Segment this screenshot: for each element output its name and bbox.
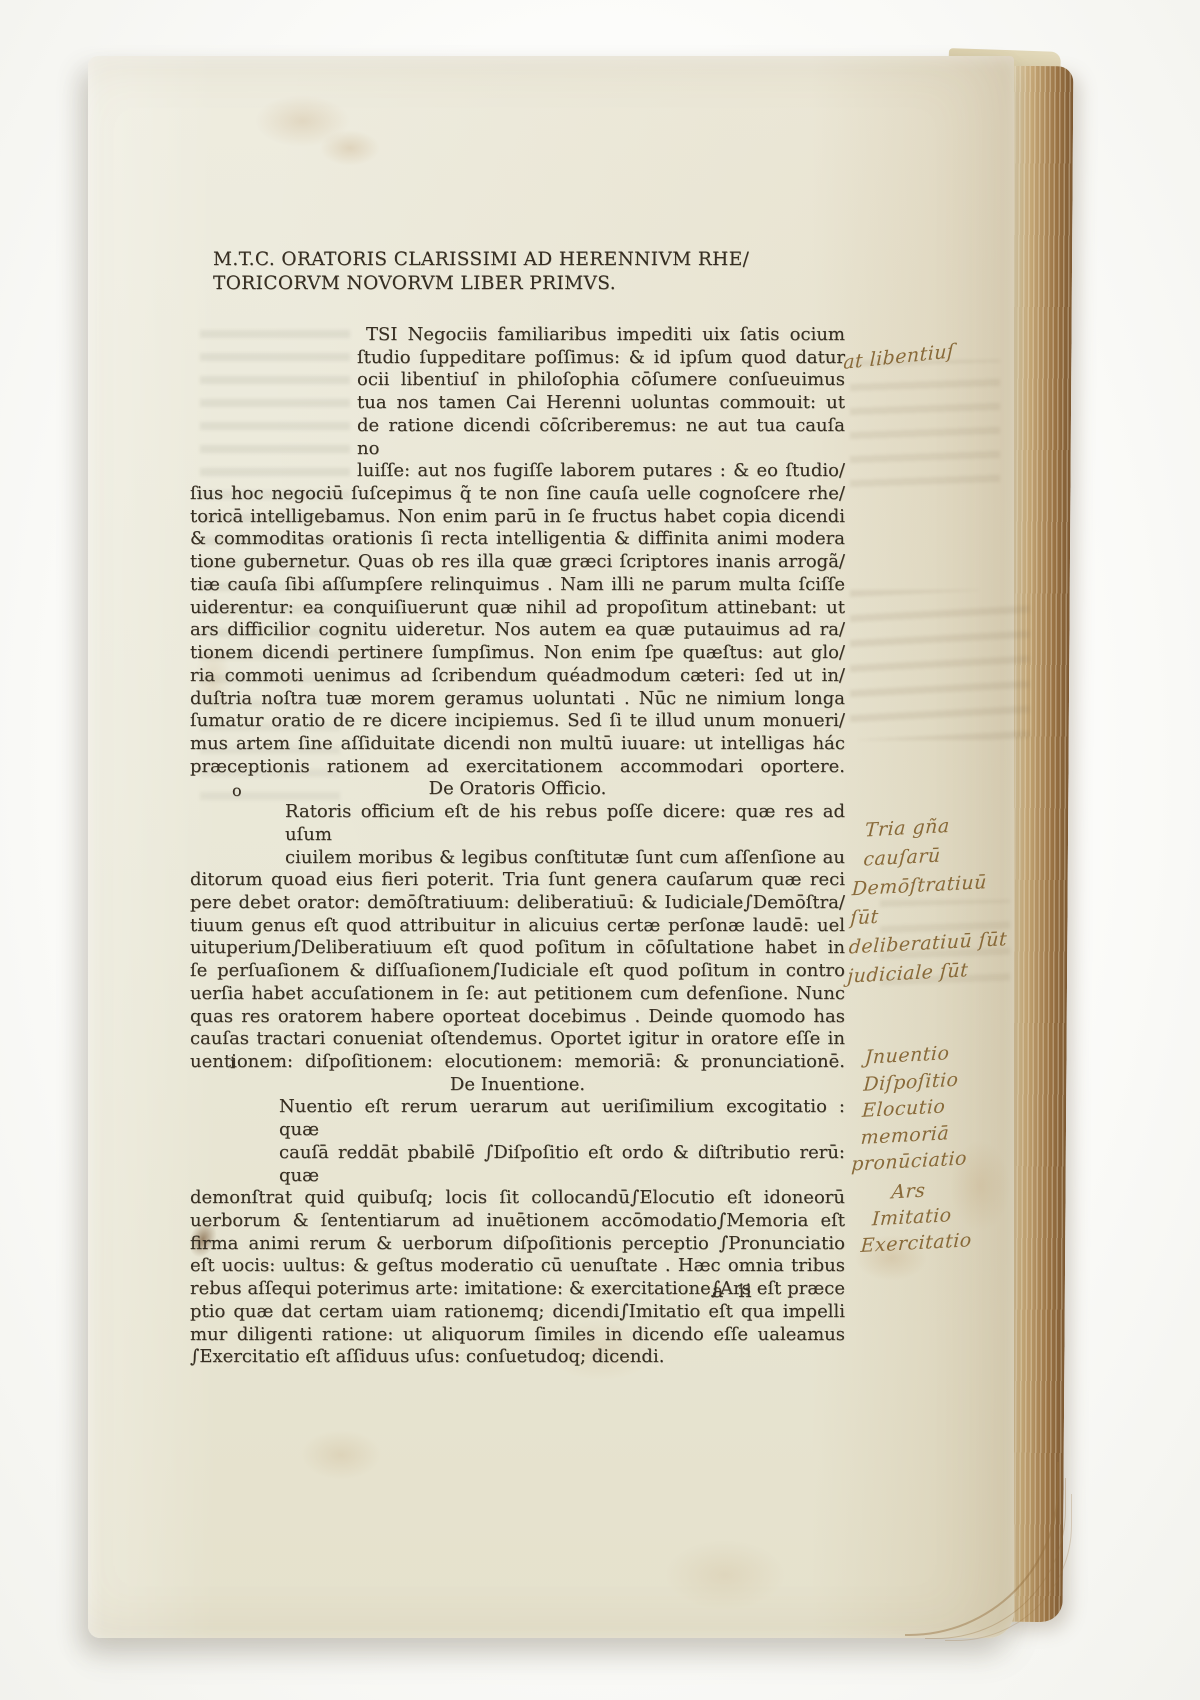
text-line: mus artem ſine aſſiduitate dicendi non m…	[190, 733, 845, 756]
text-line: pere debet orator: demōſtratiuum: delibe…	[190, 892, 845, 915]
text-line: ∫Exercitatio eſt aſſiduus uſus: conſuetu…	[190, 1346, 845, 1369]
photo-backdrop: M.T.C. ORATORIS CLARISSIMI AD HERENNIVM …	[0, 0, 1200, 1700]
text-line: uituperium∫Deliberatiuum eſt quod poſitu…	[190, 937, 845, 960]
paragraph-officio: ditorum quoad eius fieri poterit. Tria ſ…	[190, 869, 845, 1073]
margin-note-tria-genera: Tria gña cauſarūDemōſtratiuū ſūtdelibera…	[847, 808, 1019, 991]
margin-note-ars-imitatio-exercitatio: ArsImitatioExercitatio	[860, 1175, 975, 1259]
text-line: cauſā reddāt pbabilē ∫Diſpoſitio eſt ord…	[279, 1142, 845, 1187]
margin-note-line: pronūciatio	[851, 1145, 968, 1178]
text-line: tua nos tamen Cai Herenni uoluntas commo…	[357, 392, 845, 415]
text-line: demonſtrat quid quibuſq; locis ſit collo…	[190, 1187, 845, 1210]
text-line: quas res oratorem habere oporteat docebi…	[190, 1006, 845, 1029]
stain	[255, 95, 350, 147]
text-line: toricā intelligebamus. Non enim parū in …	[190, 506, 845, 529]
page-edge-curve	[945, 1494, 1072, 1641]
text-line: tiuum genus eſt quod attribuitur in alic…	[190, 915, 845, 938]
text-line: Ratoris officium eſt de his rebus poſſe …	[285, 801, 845, 846]
text-line: tionem dicendi pertinere ſumpſimus. Non …	[190, 642, 845, 665]
title-line-2: TORICORVM NOVORVM LIBER PRIMVS.	[213, 272, 813, 296]
stain	[300, 1430, 382, 1480]
text-line: ocii libentiuſ in philoſophia cōſumere c…	[357, 369, 845, 392]
guide-letter-o: o	[232, 780, 242, 803]
text-line: tione gubernetur. Quas ob res illa quæ g…	[190, 551, 845, 574]
paragraph-inuentione-indented: Nuentio eſt rerum uerarum aut ueriſimili…	[190, 1096, 845, 1187]
body-text: TSI Negociis familiaribus impediti uix ſ…	[190, 324, 845, 1369]
text-line: TSI Negociis familiaribus impediti uix ſ…	[366, 324, 845, 347]
text-line: tiæ cauſa ſibi aſſumpſere relinquimus . …	[190, 574, 845, 597]
showthrough-right-1	[850, 360, 1000, 490]
text-line: luiſſe: aut nos fugiſſe laborem putares …	[357, 460, 845, 483]
text-line: præceptionis rationem ad exercitationem …	[190, 756, 845, 779]
stain	[320, 130, 380, 166]
text-line: ciuilem moribus & legibus conſtitutæ ſun…	[285, 847, 845, 870]
margin-note-libentius: at libentiuſ	[843, 340, 955, 374]
margin-note-line: Demōſtratiuū ſūt	[850, 867, 1016, 934]
text-line: ria commoti uenimus ad ſcribendum quéadm…	[190, 665, 845, 688]
text-line: duſtria noſtra tuæ morem geramus uolunta…	[190, 688, 845, 711]
text-line: ſe perſuaſionem & diſſuaſionem∫Iudiciale…	[190, 960, 845, 983]
text-line: ſius hoc negociū ſuſcepimus q̃ te non ſi…	[190, 483, 845, 506]
paragraph-inuentione: demonſtrat quid quibuſq; locis ſit collo…	[190, 1187, 845, 1369]
text-line: ſtudio ſuppeditare poſſimus: & id ipſum …	[357, 347, 845, 370]
text-line: cauſas tractari conueniat oſtendemus. Op…	[190, 1028, 845, 1051]
section-heading-de-inuentione: De Inuentione.	[190, 1074, 845, 1097]
page-title: M.T.C. ORATORIS CLARISSIMI AD HERENNIVM …	[213, 248, 813, 296]
text-line: ars difficilior cognitu uideretur. Nos a…	[190, 619, 845, 642]
stain	[665, 1540, 785, 1610]
quire-signature: a ii	[712, 1280, 753, 1302]
text-line: uiderentur: ea conquiſiuerunt quæ nihil …	[190, 597, 845, 620]
text-line: uerborum & ſententiarum ad inuētionem ac…	[190, 1210, 845, 1233]
guide-letter-i: i	[230, 1052, 235, 1075]
text-line: Nuentio eſt rerum uerarum aut ueriſimili…	[279, 1096, 845, 1141]
title-line-1: M.T.C. ORATORIS CLARISSIMI AD HERENNIVM …	[213, 248, 813, 272]
text-line: eſt uocis: uultus: & geſtus moderatio cū…	[190, 1255, 845, 1278]
text-line: & commoditas orationis ſi recta intellig…	[190, 528, 845, 551]
paragraph-officio-indented: Ratoris officium eſt de his rebus poſſe …	[190, 801, 845, 869]
text-line: uerſia habet accuſationem in ſe: aut pet…	[190, 983, 845, 1006]
paragraph-opening: ſius hoc negociū ſuſcepimus q̃ te non ſi…	[190, 483, 845, 778]
text-line: ſumatur oratio de re dicere incipiemus. …	[190, 710, 845, 733]
section-heading-de-oratoris-officio: De Oratoris Officio.	[190, 778, 845, 801]
paragraph-opening-indented: TSI Negociis familiaribus impediti uix ſ…	[190, 324, 845, 483]
margin-note-line: Tria gña cauſarū	[863, 808, 1019, 874]
text-line: firma animi rerum & uerborum diſpoſition…	[190, 1233, 845, 1256]
text-line: uentionem: diſpoſitionem: elocutionem: m…	[190, 1051, 845, 1074]
book-page: M.T.C. ORATORIS CLARISSIMI AD HERENNIVM …	[88, 56, 1014, 1638]
margin-note-line: Exercitatio	[860, 1227, 972, 1259]
text-line: ditorum quoad eius fieri poterit. Tria ſ…	[190, 869, 845, 892]
text-line: mur diligenti ratione: ut aliquorum ſimi…	[190, 1324, 845, 1347]
margin-note-partes-rhetoricae: JnuentioDiſpoſitioElocutiomemoriāpronūci…	[859, 1039, 974, 1178]
showthrough-right-2	[850, 590, 1030, 740]
text-line: de ratione dicendi cōſcriberemus: ne aut…	[357, 415, 845, 460]
text-line: ptio quæ dat certam uiam rationemq; dice…	[190, 1301, 845, 1324]
